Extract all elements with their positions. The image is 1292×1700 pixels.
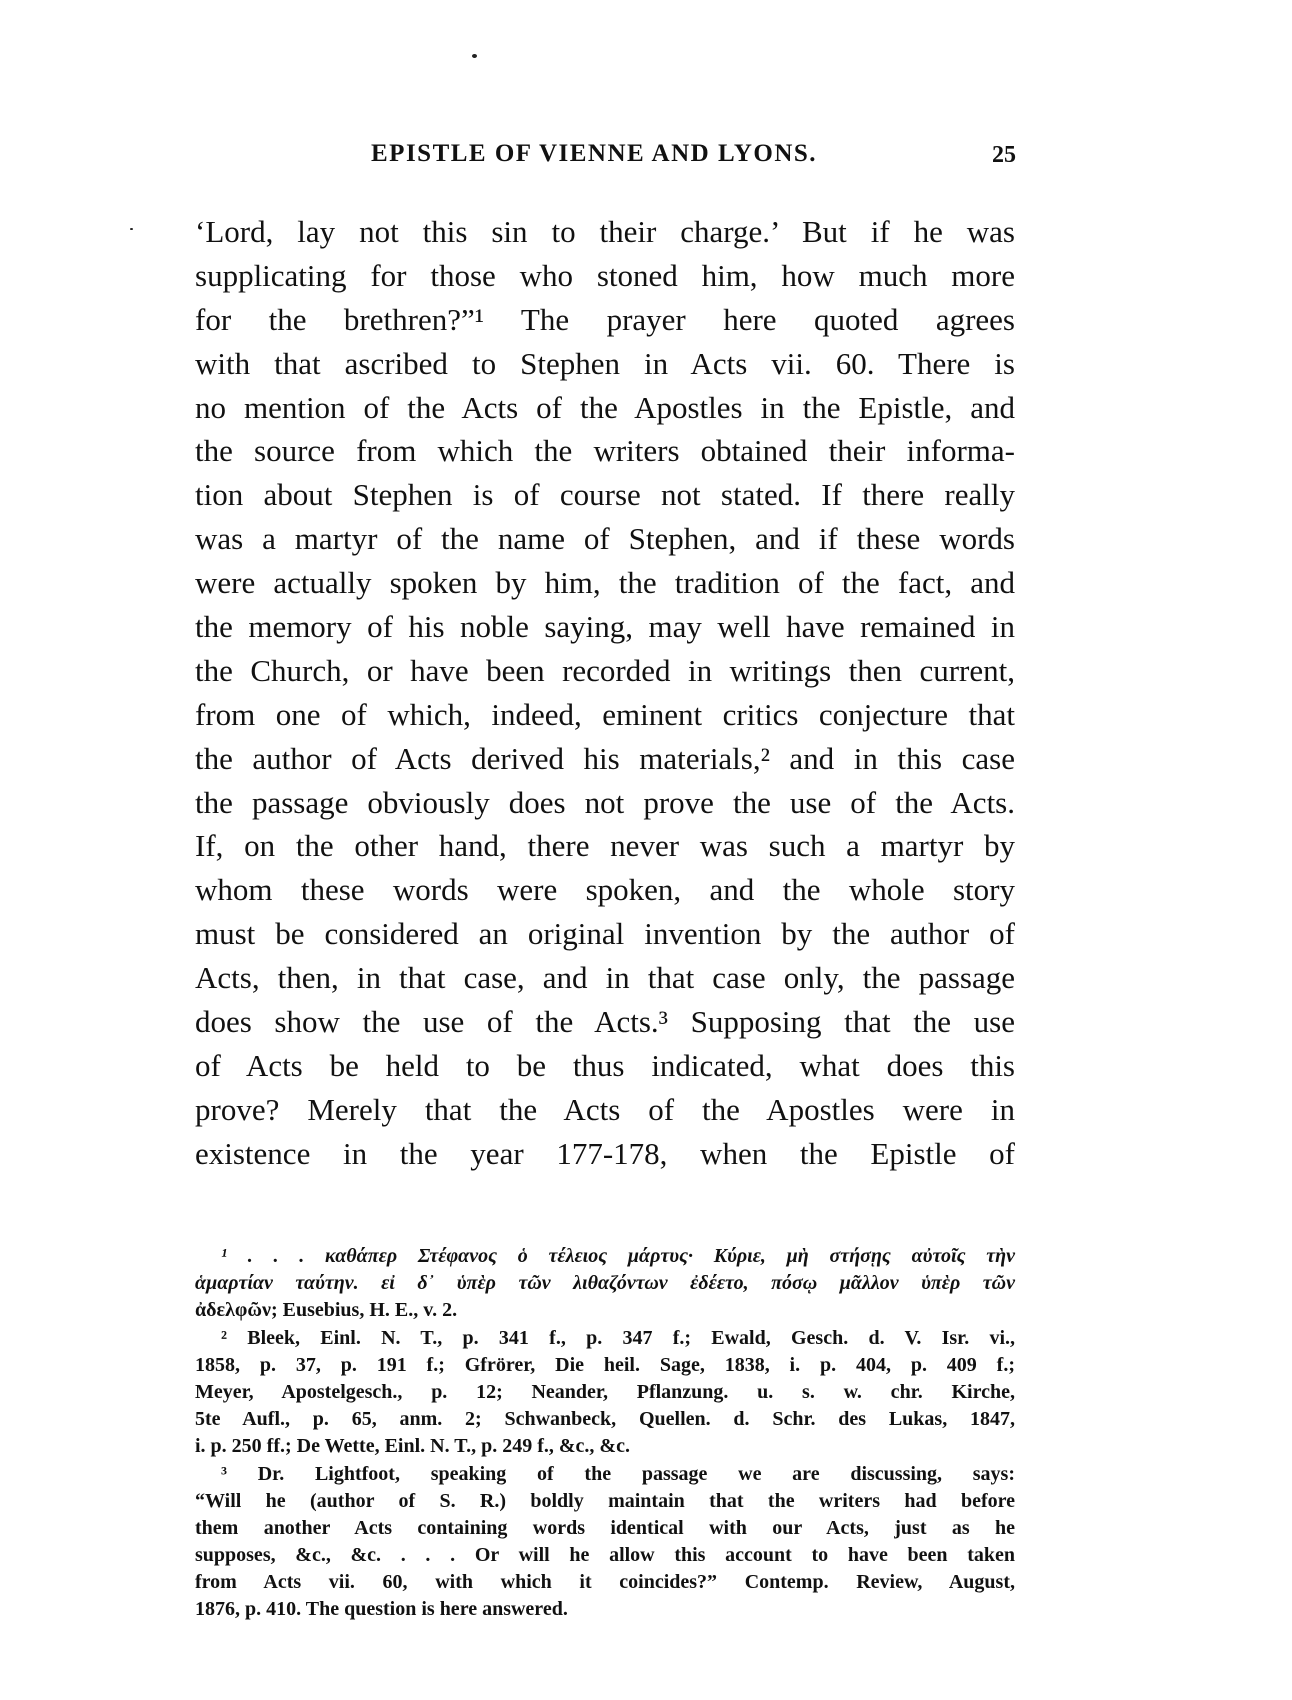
body-line: the source from which the writers obtain… [195, 429, 1015, 473]
footnote-2: ² Bleek, Einl. N. T., p. 341 f., p. 347 … [195, 1325, 1015, 1461]
footnote-line: ² Bleek, Einl. N. T., p. 341 f., p. 347 … [195, 1325, 1015, 1352]
page-number: 25 [992, 142, 1016, 169]
body-text: ‘Lord, lay not this sin to their charge.… [195, 210, 1015, 1176]
footnote-line: ¹ . . . καθάπερ Στέφανος ὁ τέλειος μάρτυ… [195, 1243, 1015, 1270]
body-line: the passage obviously does not prove the… [195, 781, 1015, 825]
footnote-line: ἁμαρτίαν ταύτην. εἰ δ᾽ ὑπὲρ τῶν λιθαζόντ… [195, 1270, 1015, 1297]
body-line: the author of Acts derived his materials… [195, 737, 1015, 781]
body-line: tion about Stephen is of course not stat… [195, 473, 1015, 517]
footnotes: ¹ . . . καθάπερ Στέφανος ὁ τέλειος μάρτυ… [195, 1243, 1015, 1624]
body-line: of Acts be held to be thus indicated, wh… [195, 1044, 1015, 1088]
body-line: from one of which, indeed, eminent criti… [195, 693, 1015, 737]
footnote-line: ³ Dr. Lightfoot, speaking of the passage… [195, 1461, 1015, 1488]
footnote-1: ¹ . . . καθάπερ Στέφανος ὁ τέλειος μάρτυ… [195, 1243, 1015, 1325]
footnote-line: them another Acts containing words ident… [195, 1515, 1015, 1542]
body-line: no mention of the Acts of the Apostles i… [195, 386, 1015, 430]
footnote-line: ἀδελφῶν; Eusebius, H. E., v. 2. [195, 1297, 1015, 1324]
footnote-line: 5te Aufl., p. 65, anm. 2; Schwanbeck, Qu… [195, 1406, 1015, 1433]
body-line: whom these words were spoken, and the wh… [195, 868, 1015, 912]
footnote-line: Meyer, Apostelgesch., p. 12; Neander, Pf… [195, 1379, 1015, 1406]
body-line: does show the use of the Acts.³ Supposin… [195, 1000, 1015, 1044]
body-line: were actually spoken by him, the traditi… [195, 561, 1015, 605]
body-line: must be considered an original invention… [195, 912, 1015, 956]
body-line: was a martyr of the name of Stephen, and… [195, 517, 1015, 561]
footnote-line: “Will he (author of S. R.) boldly mainta… [195, 1488, 1015, 1515]
ink-speck [472, 54, 477, 58]
footnote-line: supposes, &c., &c. . . . Or will he allo… [195, 1542, 1015, 1569]
body-line: for the brethren?”¹ The prayer here quot… [195, 298, 1015, 342]
footnote-line: 1876, p. 410. The question is here answe… [195, 1596, 1015, 1623]
running-head: EPISTLE OF VIENNE AND LYONS. 25 [196, 140, 1016, 180]
body-line: with that ascribed to Stephen in Acts vi… [195, 342, 1015, 386]
page-title: EPISTLE OF VIENNE AND LYONS. [371, 140, 817, 168]
body-line: If, on the other hand, there never was s… [195, 824, 1015, 868]
body-line: existence in the year 177-178, when the … [195, 1132, 1015, 1176]
footnote-line: from Acts vii. 60, with which it coincid… [195, 1569, 1015, 1596]
body-line: Acts, then, in that case, and in that ca… [195, 956, 1015, 1000]
body-line: the memory of his noble saying, may well… [195, 605, 1015, 649]
footnote-3: ³ Dr. Lightfoot, speaking of the passage… [195, 1461, 1015, 1624]
footnote-line: 1858, p. 37, p. 191 f.; Gfrörer, Die hei… [195, 1352, 1015, 1379]
footnote-line: i. p. 250 ff.; De Wette, Einl. N. T., p.… [195, 1433, 1015, 1460]
body-line: ‘Lord, lay not this sin to their charge.… [195, 210, 1015, 254]
body-line: supplicating for those who stoned him, h… [195, 254, 1015, 298]
ink-speck [130, 228, 133, 230]
body-line: the Church, or have been recorded in wri… [195, 649, 1015, 693]
body-line: prove? Merely that the Acts of the Apost… [195, 1088, 1015, 1132]
